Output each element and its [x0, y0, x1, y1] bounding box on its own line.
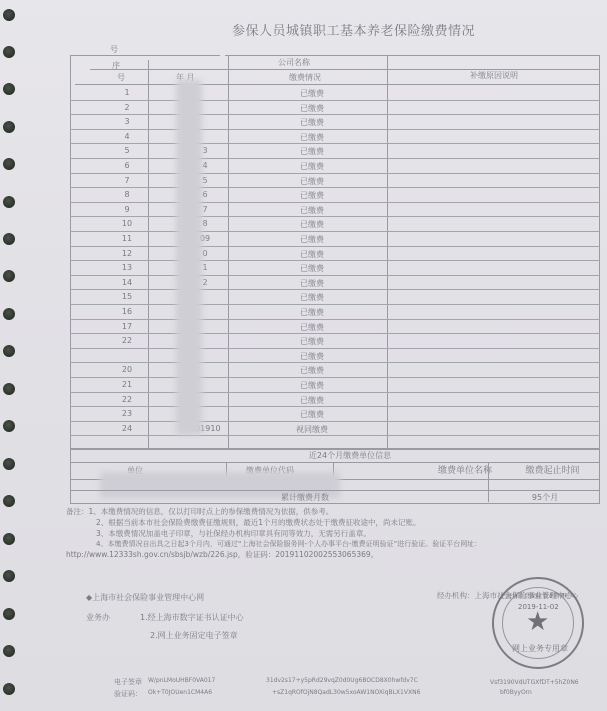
row-divider [70, 173, 600, 174]
row-status: 视同缴费 [282, 424, 342, 435]
seal-top-text: 上海市社会保险事业管理中心 [500, 591, 578, 600]
row-status: 已缴费 [282, 292, 342, 303]
row-divider [70, 362, 600, 363]
row-divider [70, 187, 600, 188]
star-icon: ★ [526, 609, 549, 635]
header-seq: 号 [117, 72, 125, 83]
punch-hole-icon [3, 196, 15, 208]
punch-hole-icon [3, 683, 15, 695]
row-divider [70, 202, 600, 203]
code-line-4: bf0ByyOrn [500, 689, 532, 696]
row-divider [70, 406, 600, 407]
note-2: 2、根据当前本市社会保险费缴费征缴规则，最近1个月的缴费状态处于缴费征收途中，尚… [96, 517, 421, 528]
signature-line-1: W/pnLMoUHBF0VA017 [148, 677, 215, 684]
row-divider [70, 158, 600, 159]
row-status: 已缴费 [282, 409, 342, 420]
punch-hole-icon [3, 9, 15, 21]
row-status: 已缴费 [282, 234, 342, 245]
official-seal: 上海市社会保险事业管理中心 2019-11-02 ★ 网上业务专用章 [492, 577, 584, 669]
row-seq: 2 [112, 103, 142, 112]
note-5: http://www.12333sh.gov.cn/sbsjb/wzb/226.… [66, 549, 378, 560]
row-seq: 4 [112, 132, 142, 141]
footer-channel-1: 1.经上海市数字证书认证中心 [140, 612, 244, 623]
row-seq: 20 [112, 365, 142, 374]
row-status: 已缴费 [282, 205, 342, 216]
total-months-value: 95个月 [520, 492, 570, 503]
row-status: 已缴费 [282, 380, 342, 391]
row-divider [70, 377, 600, 378]
row-status: 已缴费 [282, 395, 342, 406]
punch-hole-icon [3, 458, 15, 470]
header-supplement: 补缴原因说明 [470, 70, 518, 81]
note-1: 备注：1、本缴费情况的信息，仅以打印时点上的参保缴费情况为依据，供参考。 [66, 506, 333, 517]
row-divider [70, 231, 600, 232]
footer-channel-label: 业务办 [86, 612, 110, 623]
row-divider [70, 392, 600, 393]
row-status: 已缴费 [282, 263, 342, 274]
punch-hole-icon [3, 383, 15, 395]
document-page: 参保人员城镇职工基本养老保险缴费情况 号 序 公司名称 号 年 月 缴费情况 补… [0, 0, 607, 711]
code-line-2: +sZ1qROfOjN8QadL30w5xoAW1NOXiqBLX1VXN6 [272, 689, 420, 696]
punch-hole-icon [3, 270, 15, 282]
total-months-label: 累计缴费月数 [255, 492, 355, 503]
signature-line-2: Ok+T0JOUen1CM4A6 [148, 689, 212, 696]
row-seq: 22 [112, 395, 142, 404]
header-top-label: 号 [110, 44, 118, 55]
row-status: 已缴费 [282, 351, 342, 362]
row-seq: 17 [112, 322, 142, 331]
header-payment-status: 缴费情况 [289, 72, 321, 83]
row-seq: 12 [112, 249, 142, 258]
row-divider [70, 435, 600, 436]
row-divider [70, 114, 600, 115]
row-status: 已缴费 [282, 176, 342, 187]
row-seq: 23 [112, 409, 142, 418]
row-status: 已缴费 [282, 307, 342, 318]
row-status: 已缴费 [282, 88, 342, 99]
footer-channel-2: 2.网上业务固定电子签章 [150, 630, 238, 641]
row-divider [70, 143, 600, 144]
note-3: 3、本缴费情况加盖电子印章，与社保经办机构印章具有同等效力，无需另行盖章。 [96, 528, 371, 539]
row-seq: 15 [112, 292, 142, 301]
row-status: 已缴费 [282, 146, 342, 157]
row-status: 已缴费 [282, 219, 342, 230]
row-status: 已缴费 [282, 249, 342, 260]
row-status: 已缴费 [282, 103, 342, 114]
punch-hole-icon [3, 46, 15, 58]
row-seq: 5 [112, 146, 142, 155]
row-seq: 6 [112, 161, 142, 170]
row-status: 已缴费 [282, 365, 342, 376]
punch-hole-icon [3, 533, 15, 545]
punch-hole-icon [3, 495, 15, 507]
row-status: 已缴费 [282, 278, 342, 289]
unit-col-3: 缴费单位名称 [420, 463, 510, 476]
row-status: 已缴费 [282, 117, 342, 128]
punch-hole-icon [3, 308, 15, 320]
row-seq: 3 [112, 117, 142, 126]
row-seq: 16 [112, 307, 142, 316]
row-seq: 8 [112, 190, 142, 199]
punch-hole-icon [3, 570, 15, 582]
row-seq: 22 [112, 336, 142, 345]
row-seq: 11 [112, 234, 142, 243]
punch-hole-icon [3, 420, 15, 432]
row-divider [70, 289, 600, 290]
punch-hole-icon [3, 121, 15, 133]
row-seq: 21 [112, 380, 142, 389]
row-status: 已缴费 [282, 132, 342, 143]
punch-hole-icon [3, 645, 15, 657]
row-divider [70, 246, 600, 247]
row-divider [70, 216, 600, 217]
row-divider [70, 100, 600, 101]
punch-hole-icon [3, 83, 15, 95]
seal-bottom-text: 网上业务专用章 [512, 643, 568, 654]
row-seq: 13 [112, 263, 142, 272]
code-line-3: Vsf3190VdUTGXfDT+5hZ0N6 [490, 679, 579, 686]
row-divider [70, 333, 600, 334]
unit-col-4: 缴费起止时间 [505, 463, 600, 476]
row-divider [70, 260, 600, 261]
row-seq: 7 [112, 176, 142, 185]
row-seq: 14 [112, 278, 142, 287]
row-divider [70, 304, 600, 305]
row-seq: 24 [112, 424, 142, 433]
row-status: 已缴费 [282, 322, 342, 333]
row-seq: 9 [112, 205, 142, 214]
row-divider [70, 129, 600, 130]
row-divider [70, 319, 600, 320]
row-status: 已缴费 [282, 336, 342, 347]
redaction [176, 80, 202, 435]
row-seq: 1 [112, 88, 142, 97]
row-divider [70, 275, 600, 276]
page-title: 参保人员城镇职工基本养老保险缴费情况 [232, 20, 475, 39]
signature-label: 电子签章 [114, 677, 142, 687]
verify-label: 验证码： [114, 689, 142, 699]
row-divider [70, 348, 600, 349]
row-status: 已缴费 [282, 190, 342, 201]
row-seq: 10 [112, 219, 142, 228]
unit-section-title: 近24个月缴费单位信息 [290, 450, 410, 461]
row-status: 已缴费 [282, 161, 342, 172]
footer-website: ◆上海市社会保险事业管理中心网 [86, 592, 204, 603]
header-company: 公司名称 [278, 57, 310, 68]
punch-hole-icon [3, 608, 15, 620]
punch-hole-icon [3, 345, 15, 357]
punch-hole-icon [3, 158, 15, 170]
row-divider [70, 421, 600, 422]
code-line-1: 31dv2s17+y5pRd29vqZ0d0Ug6BOCD8X0hwfdv7C [266, 677, 418, 684]
punch-hole-icon [3, 233, 15, 245]
